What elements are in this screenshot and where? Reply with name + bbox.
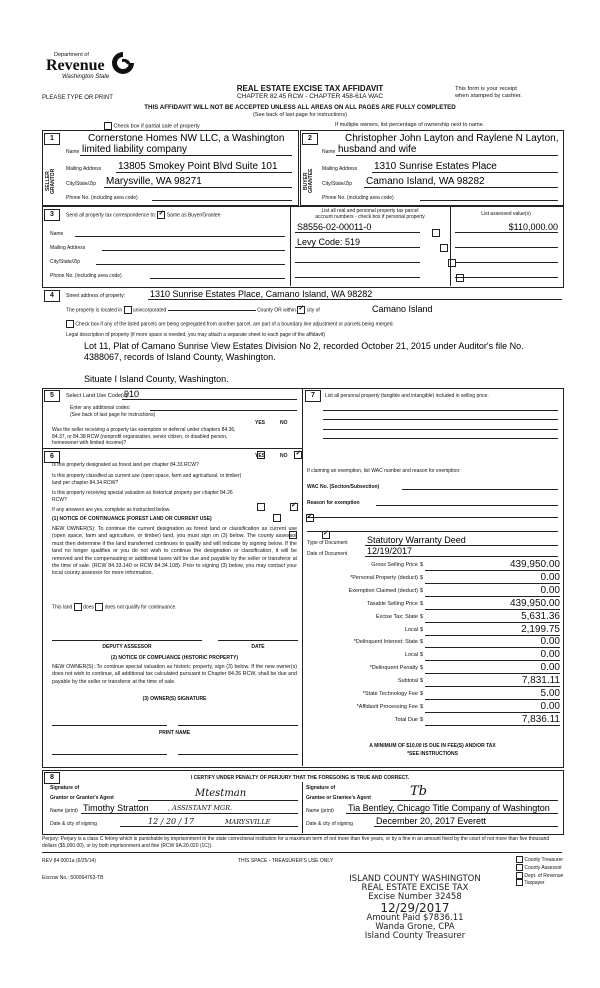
amount-label: Subtotal (398, 678, 418, 684)
section-8-number: 8 (44, 772, 60, 784)
amount-label: *Delinquent Interest: State (354, 639, 418, 645)
form-revision-code: REV 84 0001a (6/25/14) (42, 858, 96, 864)
agency-line3: Washington State (62, 74, 109, 80)
currency-symbol: $ (420, 601, 423, 607)
amount-value[interactable]: 0.00 (425, 572, 560, 584)
buyer-name-label: Name (322, 149, 335, 155)
copy-distribution-list: County Treasurer County Assessor Dept. o… (516, 856, 563, 887)
seller-city-field[interactable]: Marysville, WA 98271 (106, 176, 202, 187)
amount-value[interactable]: 439,950.00 (425, 559, 560, 571)
section-2-number: 2 (302, 133, 318, 145)
unincorporated-checkbox[interactable] (124, 306, 132, 314)
grantor-name-label: Name (print) (50, 808, 78, 814)
legal-description-label: Legal description of property (if more s… (66, 332, 325, 338)
partial-sale-label: Check box if partial sale of property (114, 123, 200, 129)
currency-symbol: $ (420, 717, 423, 723)
currency-symbol: $ (420, 562, 423, 568)
section-6-question: Is this property receiving special valua… (52, 490, 247, 503)
amount-label: Local (405, 652, 418, 658)
street-address-field[interactable]: 1310 Sunrise Estates Place, Camano Islan… (150, 289, 372, 299)
amount-label: Total Due (395, 717, 418, 723)
section-4-number: 4 (44, 290, 60, 302)
parcel-number-field[interactable]: Levy Code: 519 (297, 237, 360, 247)
amount-label: *Delinquent Penalty (370, 665, 418, 671)
amount-label: Exemption Claimed (deduct) (349, 588, 418, 594)
amount-value[interactable]: 0.00 (425, 585, 560, 597)
amount-row: *State Technology Fee$5.00 (305, 688, 560, 700)
amount-row: Exemption Claimed (deduct)$0.00 (305, 585, 560, 597)
owner-signature-label: (3) OWNER(S) SIGNATURE (52, 696, 297, 702)
personal-property-label: List all personal property (tangible and… (325, 393, 489, 399)
form-subtitle: CHAPTER 82.45 RCW - CHAPTER 458-61A WAC (200, 93, 420, 100)
section-6-yes-checkbox[interactable] (257, 503, 265, 511)
street-address-label: Street address of property: (66, 293, 125, 299)
grantee-signature[interactable]: Tb (410, 784, 427, 799)
owner-signature-line-2[interactable] (178, 725, 298, 726)
city-of-field[interactable]: Camano Island (372, 304, 433, 314)
completion-warning: THIS AFFIDAVIT WILL NOT BE ACCEPTED UNLE… (60, 104, 540, 111)
copy-checkbox[interactable] (516, 872, 523, 879)
buyer-city-label: City/State/Zip (322, 181, 352, 187)
perjury-statement: Perjury: Perjury is a class C felony whi… (42, 836, 562, 849)
amount-value[interactable]: 5.00 (425, 688, 560, 700)
receipt-note-1: This form is your receipt (455, 86, 517, 92)
amount-row: Total Due$7,836.11 (305, 714, 560, 726)
buyer-mailing-field[interactable]: 1310 Sunrise Estates Place (374, 161, 497, 172)
currency-symbol: $ (420, 639, 423, 645)
corr-name-label: Name (50, 231, 63, 237)
notice-compliance-text: NEW OWNER(S): To continue special valuat… (52, 664, 297, 686)
seller-phone-field[interactable] (152, 200, 292, 201)
partial-sale-checkbox[interactable] (104, 122, 112, 130)
amount-row: Subtotal$7,831.11 (305, 675, 560, 687)
notice-continuance-text: NEW OWNER(S): To continue the current de… (52, 526, 297, 578)
amount-value[interactable]: 2,199.75 (425, 624, 560, 636)
corr-city-field[interactable] (96, 264, 285, 265)
corr-phone-field[interactable] (150, 278, 285, 279)
buyer-city-field[interactable]: Camano Island, WA 98282 (366, 176, 485, 187)
amount-value[interactable]: 0.00 (425, 636, 560, 648)
amount-value[interactable]: 0.00 (425, 662, 560, 674)
land-use-label: Select Land Use Code(s): (66, 393, 129, 400)
section-3-number: 3 (44, 209, 60, 221)
seller-city-label: City/State/Zip (66, 181, 96, 187)
continuance-qualify-row: This land does does not qualify for cont… (52, 603, 177, 611)
copy-item: County Treasurer (516, 856, 563, 864)
dor-logo-icon (110, 50, 136, 76)
grantor-name-field[interactable]: Timothy Stratton (83, 803, 149, 813)
legal-description-line2[interactable]: 4388067, records of Island County, Washi… (84, 352, 276, 362)
personal-property-line-1[interactable] (323, 410, 558, 411)
personal-property-line-2[interactable] (323, 419, 558, 420)
city-checkbox[interactable] (297, 306, 305, 314)
sec6-no-header: NO (280, 453, 288, 459)
amount-value[interactable]: 0.00 (425, 649, 560, 661)
minimum-due-note: A MINIMUM OF $10.00 IS DUE IN FEE(S) AND… (305, 743, 560, 749)
amount-label: Gross Selling Price (371, 562, 418, 568)
see-back-note: (See back of last page for instructions) (200, 112, 400, 118)
segregated-checkbox[interactable] (66, 320, 74, 328)
amount-row: Excise Tax: State$5,631.36 (305, 611, 560, 623)
owner-signature-line-1[interactable] (52, 725, 167, 726)
multiple-owners-note: If multiple owners, list percentage of o… (335, 122, 484, 129)
corr-mailing-field[interactable] (102, 250, 285, 251)
section-6-question: Is this property classified as current u… (52, 473, 247, 486)
amount-label: *Personal Property (deduct) (350, 575, 418, 581)
deputy-assessor-signature-line[interactable] (52, 640, 202, 641)
legal-description-line1[interactable]: Lot 11, Plat of Camano Sunrise View Esta… (84, 341, 524, 351)
parcel-table: S8556-02-00011-0$110,000.00Levy Code: 51… (0, 0, 600, 18)
currency-symbol: $ (420, 614, 423, 620)
grantor-sig-label-1: Signature of (50, 785, 79, 791)
personal-property-checkbox[interactable] (432, 229, 440, 237)
seller-phone-label: Phone No. (including area code) (66, 195, 138, 201)
section-5-number: 5 (44, 390, 60, 402)
grantor-date-field[interactable]: 12 / 20 / 17 (148, 817, 194, 826)
corr-phone-label: Phone No. (including area code) (50, 273, 122, 279)
amount-label: Taxable Selling Price (367, 601, 418, 607)
grantor-title-field[interactable]: , ASSISTANT MGR. (168, 804, 232, 812)
exemption-claim-label: If claiming an exemption, list WAC numbe… (307, 468, 461, 474)
stamp-office: Island County Treasurer (330, 932, 500, 941)
certify-statement: I CERTIFY UNDER PENALTY OF PERJURY THAT … (100, 775, 500, 781)
copy-checkbox[interactable] (516, 879, 523, 886)
wac-field[interactable] (402, 489, 558, 490)
does-qualify-checkbox[interactable] (74, 603, 82, 611)
buyer-grantee-label: BUYER GRANTEE (304, 164, 316, 198)
receipt-note-2: when stamped by cashier. (455, 93, 522, 99)
seller-mailing-label: Mailing Address (66, 166, 101, 172)
currency-symbol: $ (420, 575, 423, 581)
amount-row: Taxable Selling Price$439,950.00 (305, 598, 560, 610)
sec5-no-header: NO (280, 420, 288, 426)
currency-symbol: $ (420, 588, 423, 594)
treasurer-use-label: THIS SPACE - TREASURER'S USE ONLY (238, 858, 333, 864)
currency-symbol: $ (420, 665, 423, 671)
corr-mailing-label: Mailing Address (50, 245, 85, 251)
buyer-phone-field[interactable] (420, 200, 558, 201)
amount-row: *Delinquent Interest: State$0.00 (305, 636, 560, 648)
wac-label: WAC No. (Section/Subsection) (307, 484, 379, 490)
land-use-field[interactable]: 910 (124, 389, 139, 399)
print-name-label: PRINT NAME (52, 730, 297, 736)
doc-type-field[interactable]: Statutory Warranty Deed (367, 535, 466, 545)
personal-property-line-4[interactable] (323, 438, 558, 439)
amount-value[interactable]: 7,831.11 (425, 675, 560, 687)
section-7-number: 7 (305, 390, 321, 402)
buyer-mailing-label: Mailing Address (322, 166, 357, 172)
grantee-sig-label-1: Signature of (306, 785, 335, 791)
grantor-signature[interactable]: Mtestman (195, 788, 246, 799)
if-yes-note: If any answers are yes, complete as inst… (52, 507, 170, 513)
deputy-assessor-label: DEPUTY ASSESSOR (52, 644, 202, 650)
seller-name-line1[interactable]: Cornerstone Homes NW LLC, a Washington (88, 133, 284, 144)
grantee-date-field[interactable]: December 20, 2017 Everett (376, 816, 486, 826)
seller-grantor-label: SELLER GRANTOR (46, 164, 58, 198)
buyer-name-line2[interactable]: husband and wife (338, 144, 416, 155)
legal-description-line3[interactable]: Situate I Island County, Washington. (84, 374, 229, 384)
seller-name-line2[interactable]: limited liability company (82, 144, 187, 155)
section-1-number: 1 (44, 133, 60, 145)
escrow-number: Escrow No.: 500064763-TB (42, 875, 103, 881)
copy-checkbox[interactable] (516, 856, 523, 863)
assessor-date-line[interactable] (218, 640, 298, 641)
grantee-name-label: Name (print) (306, 808, 334, 814)
amount-row: *Delinquent Penalty$0.00 (305, 662, 560, 674)
doc-type-label: Type of Document (307, 540, 348, 546)
segregated-row: Check box if any of the listed parcels a… (66, 320, 394, 328)
amount-label: Local (405, 627, 418, 633)
amount-value[interactable]: 5,631.36 (425, 611, 560, 623)
assessed-value-field[interactable]: $110,000.00 (455, 222, 558, 232)
additional-codes-label: Enter any additional codes: (70, 405, 130, 411)
assessed-value-header: List assessed value(s) (452, 211, 560, 217)
exemption-no-checkbox[interactable] (294, 451, 302, 459)
currency-symbol: $ (420, 691, 423, 697)
corr-name-field[interactable] (75, 236, 285, 237)
amount-row: Local$2,199.75 (305, 624, 560, 636)
section-6-no-checkbox[interactable] (290, 503, 298, 511)
currency-symbol: $ (420, 704, 423, 710)
additional-codes-field[interactable] (150, 410, 297, 411)
personal-property-line-3[interactable] (323, 429, 558, 430)
grantee-name-field[interactable]: Tia Bentley, Chicago Title Company of Wa… (348, 803, 550, 813)
assessor-date-label: DATE (218, 644, 298, 650)
amount-label: Excise Tax: State (376, 614, 418, 620)
amount-row: Local$0.00 (305, 649, 560, 661)
amount-row: *Personal Property (deduct)$0.00 (305, 572, 560, 584)
send-correspondence-row: Send all property tax correspondence to:… (66, 211, 220, 219)
currency-symbol: $ (420, 678, 423, 684)
seller-name-label: Name (66, 149, 79, 155)
buyer-phone-label: Phone No. (including area code) (322, 195, 394, 201)
amount-row: *Affidavit Processing Fee$0.00 (305, 701, 560, 713)
notice-continuance-title: (1) NOTICE OF CONTINUANCE (FOREST LAND O… (52, 516, 212, 522)
corr-city-label: City/State/Zip (50, 259, 80, 265)
amount-label: *State Technology Fee (363, 691, 418, 697)
same-as-buyer-checkbox[interactable] (157, 211, 165, 219)
agency-line2: Revenue (46, 58, 105, 74)
copy-item: Taxpayer (516, 879, 563, 887)
does-not-qualify-checkbox[interactable] (95, 603, 103, 611)
amount-row: Gross Selling Price$439,950.00 (305, 559, 560, 571)
reason-field-2[interactable] (307, 517, 558, 518)
please-type: PLEASE TYPE OR PRINT (42, 95, 113, 101)
see-instructions-note: *SEE INSTRUCTIONS (305, 751, 560, 757)
print-name-line-2[interactable] (178, 754, 298, 755)
amount-value[interactable]: 0.00 (425, 701, 560, 713)
treasurer-stamp: ISLAND COUNTY WASHINGTON REAL ESTATE EXC… (330, 875, 500, 941)
amount-label: *Affidavit Processing Fee (357, 704, 418, 710)
grantee-sig-label-2: Grantee or Grantee's Agent (306, 795, 371, 801)
personal-property-checkbox[interactable] (440, 244, 448, 252)
amount-value[interactable]: 7,836.11 (425, 714, 560, 726)
copy-item: Dept. of Revenue (516, 872, 563, 880)
currency-symbol: $ (420, 627, 423, 633)
reason-field[interactable] (376, 505, 558, 506)
seller-mailing-field[interactable]: 13805 Smokey Point Blvd Suite 101 (118, 161, 278, 172)
exemption-question: Was the seller receiving a property tax … (52, 427, 242, 447)
copy-checkbox[interactable] (516, 864, 523, 871)
grantor-sig-label-2: Grantor or Grantor's Agent (50, 795, 114, 801)
parcel-number-field[interactable]: S8556-02-00011-0 (297, 222, 371, 232)
reason-label: Reason for exemption (307, 500, 360, 506)
section-6-yes-checkbox[interactable] (273, 514, 281, 522)
buyer-name-line1[interactable]: Christopher John Layton and Raylene N La… (345, 133, 558, 144)
sec6-yes-header: YES (255, 453, 265, 459)
sec5-yes-header: YES (255, 420, 265, 426)
location-row: The property is located in unincorporate… (66, 306, 320, 314)
parcel-header: List all real and personal property tax … (292, 208, 448, 220)
additional-codes-note: (See back of last page for instructions) (70, 412, 155, 418)
notice-compliance-title: (2) NOTICE OF COMPLIANCE (HISTORIC PROPE… (52, 655, 297, 661)
doc-date-field[interactable]: 12/19/2017 (367, 546, 412, 556)
grantor-date-label: Date & city of signing (50, 821, 97, 827)
grantor-city-field[interactable]: MARYSVILLE (225, 818, 270, 826)
doc-date-label: Date of Document (307, 551, 347, 557)
dor-logo: Department of Revenue Washington State (42, 52, 132, 92)
section-6-question: Is this property designated as forest la… (52, 462, 247, 469)
print-name-line-1[interactable] (52, 754, 167, 755)
form-title: REAL ESTATE EXCISE TAX AFFIDAVIT (200, 84, 420, 93)
currency-symbol: $ (420, 652, 423, 658)
amount-value[interactable]: 439,950.00 (425, 598, 560, 610)
copy-item: County Assessor (516, 864, 563, 872)
grantee-date-label: Date & city of signing (306, 821, 353, 827)
